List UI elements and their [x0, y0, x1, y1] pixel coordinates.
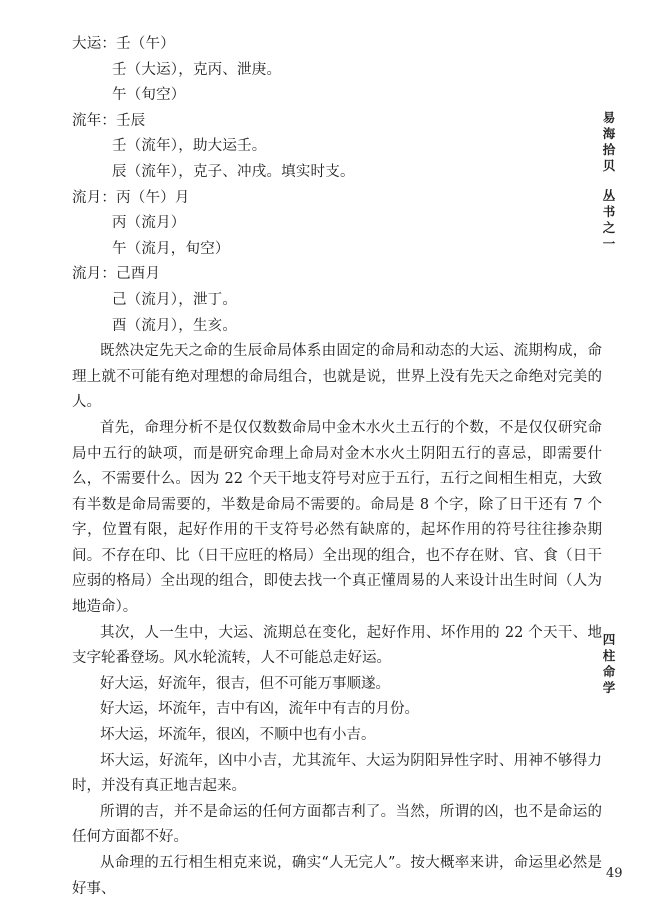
item-detail: 辰（流年），克子、冲戌。填实时支。 — [72, 160, 602, 186]
item-label: 流年： — [72, 113, 116, 129]
side-char: 海 — [601, 126, 617, 142]
item-label: 大运： — [72, 36, 116, 52]
paragraph: 好大运，坏流年，吉中有凶，流年中有吉的月份。 — [72, 697, 602, 723]
paragraph: 好大运，好流年，很吉，但不可能万事顺遂。 — [72, 672, 602, 698]
item-detail: 壬（流年），助大运壬。 — [72, 134, 602, 160]
book-page: 大运：壬（午） 壬（大运），克丙、泄庚。 午（旬空） 流年：壬辰 壬（流年），助… — [0, 0, 647, 901]
side-char: 一 — [601, 236, 617, 252]
item-value: 壬（午） — [116, 36, 175, 52]
item-liuyue-1: 流月：丙（午）月 — [72, 186, 602, 212]
paragraph: 坏大运，好流年，凶中小吉，尤其流年、大运为阴阳异性字时、用神不够得力时，并没有真… — [72, 749, 602, 800]
paragraph: 坏大运，坏流年，很凶，不顺中也有小吉。 — [72, 723, 602, 749]
item-dayun: 大运：壬（午） — [72, 32, 602, 58]
item-liuyue-2: 流月：己酉月 — [72, 262, 602, 288]
paragraph: 首先，命理分析不是仅仅数数命局中金木水火土五行的个数，不是仅仅研究命局中五行的缺… — [72, 416, 602, 621]
item-detail: 午（流月，旬空） — [72, 237, 602, 263]
side-char: 之 — [601, 220, 617, 236]
side-char: 丛 — [601, 188, 617, 204]
item-label: 流月： — [72, 190, 116, 206]
item-detail: 午（旬空） — [72, 83, 602, 109]
item-value: 壬辰 — [116, 113, 145, 129]
series-title-vertical: 易 海 拾 贝 丛 书 之 一 — [601, 110, 617, 252]
item-liunian: 流年：壬辰 — [72, 109, 602, 135]
paragraph: 从命理的五行相生相克来说，确实“人无完人”。按大概率来讲，命运里必然是好事、 — [72, 851, 602, 901]
item-detail: 丙（流月） — [72, 211, 602, 237]
paragraph: 既然决定先天之命的生辰命局体系由固定的命局和动态的大运、流期构成，命理上就不可能… — [72, 339, 602, 416]
item-value: 丙（午）月 — [116, 190, 190, 206]
item-detail: 壬（大运），克丙、泄庚。 — [72, 58, 602, 84]
side-char: 学 — [601, 680, 617, 696]
side-char: 四 — [601, 632, 617, 648]
item-value: 己酉月 — [116, 266, 160, 282]
side-char: 命 — [601, 664, 617, 680]
side-char: 易 — [601, 110, 617, 126]
side-char: 贝 — [601, 158, 617, 174]
paragraph: 其次，人一生中，大运、流期总在变化，起好作用、坏作用的 22 个天干、地支字轮番… — [72, 621, 602, 672]
item-detail: 己（流月），泄丁。 — [72, 288, 602, 314]
paragraph: 所谓的吉，并不是命运的任何方面都吉利了。当然，所谓的凶，也不是命运的任何方面都不… — [72, 800, 602, 851]
side-char: 书 — [601, 204, 617, 220]
book-title-vertical: 四 柱 命 学 — [601, 632, 617, 696]
side-gap — [601, 174, 617, 188]
page-number: 49 — [606, 866, 623, 881]
side-char: 柱 — [601, 648, 617, 664]
body-text: 大运：壬（午） 壬（大运），克丙、泄庚。 午（旬空） 流年：壬辰 壬（流年），助… — [72, 32, 602, 901]
side-char: 拾 — [601, 142, 617, 158]
item-label: 流月： — [72, 266, 116, 282]
item-detail: 酉（流月），生亥。 — [72, 314, 602, 340]
